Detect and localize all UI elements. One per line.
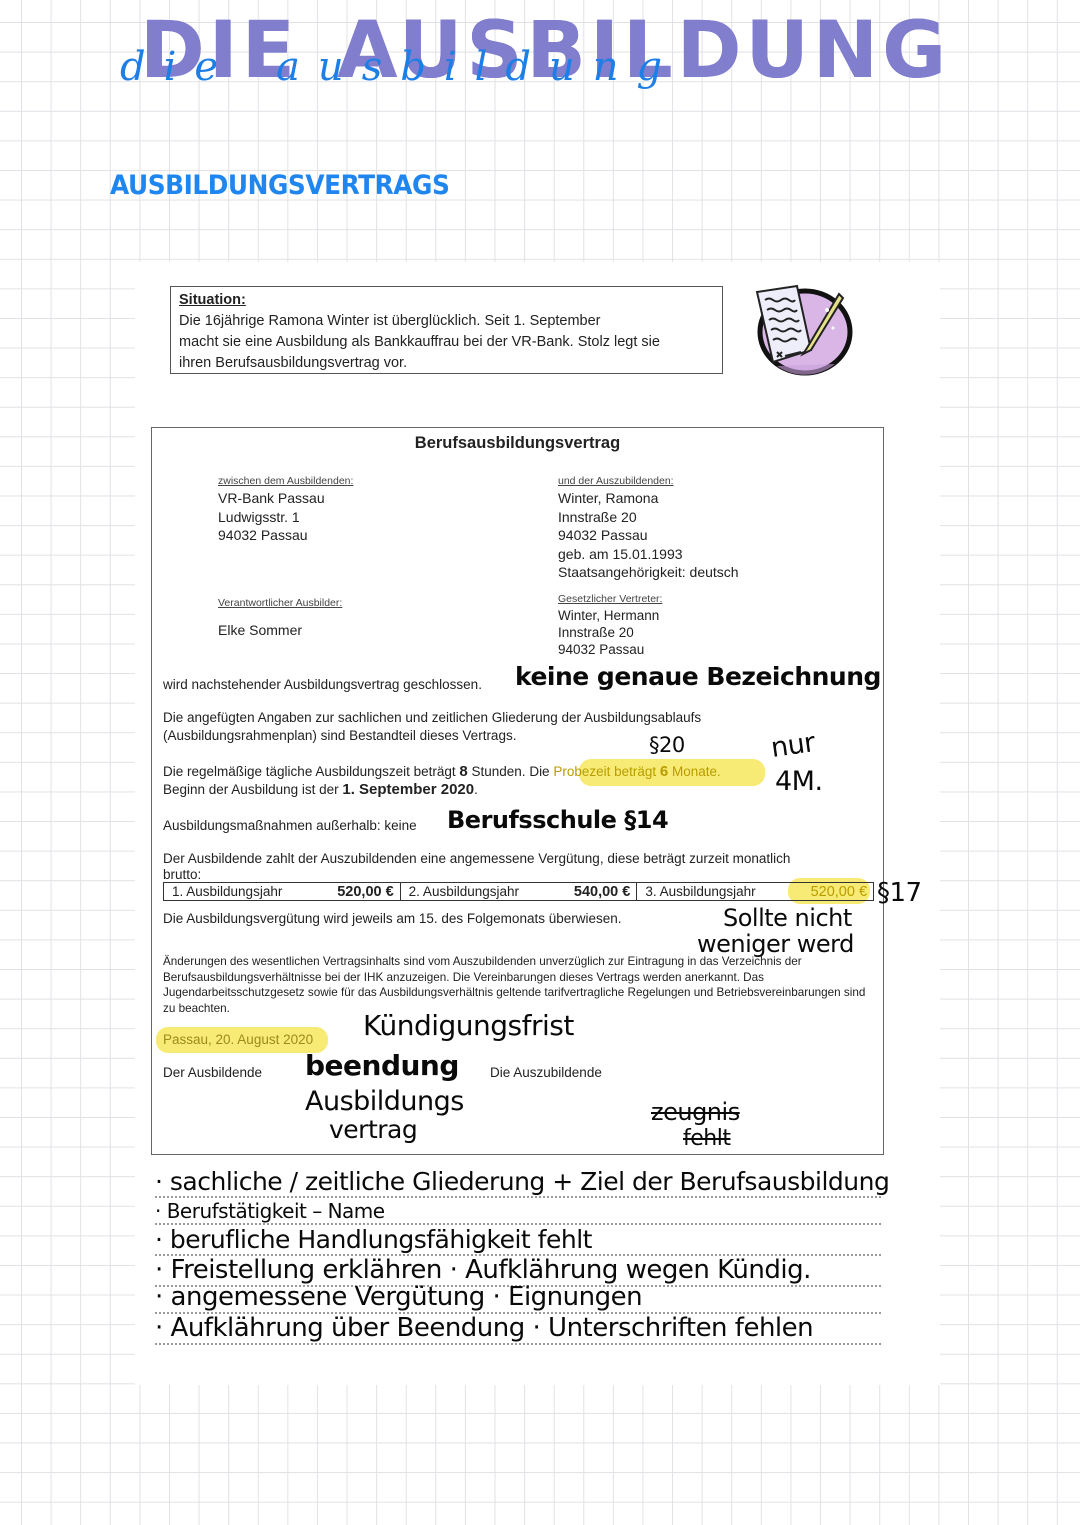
place-date: Passau, 20. August 2020 xyxy=(163,1031,313,1049)
instructor-label: Verantwortlicher Ausbilder: xyxy=(218,596,342,611)
annotation-contract-word-2: vertrag xyxy=(329,1117,417,1142)
note-text: · berufliche Handlungsfähigkeit fehlt xyxy=(155,1227,592,1252)
pay-amount: 540,00 € xyxy=(574,884,630,900)
note-text: · angemessene Vergütung · Eignungen xyxy=(155,1284,642,1310)
annotation-certificate-struck: zeugnis xyxy=(651,1100,740,1124)
pasted-worksheet: Situation: Die 16jährige Ramona Winter i… xyxy=(135,262,940,1385)
note-item: · berufliche Handlungsfähigkeit fehlt xyxy=(155,1225,881,1256)
note-text: · Freistellung erklähren · Aufklährung w… xyxy=(155,1257,811,1283)
pay-year: 3. Ausbildungsjahr xyxy=(645,884,755,899)
situation-line: ihren Berufsausbildungsvertrag vor. xyxy=(179,353,714,374)
annotation-no-exact-name: keine genaue Bezeichnung xyxy=(515,664,881,689)
guardian-label: Gesetzlicher Vertreter: xyxy=(558,592,662,607)
note-item: · Aufklährung über Beendung · Unterschri… xyxy=(155,1314,881,1345)
pay-intro-line: Der Ausbildende zahlt der Auszubildenden… xyxy=(163,850,790,868)
instructor-party: Verantwortlicher Ausbilder: Elke Sommer xyxy=(218,596,342,640)
concluded-line: wird nachstehender Ausbildungsvertrag ge… xyxy=(163,676,482,694)
note-item: · angemessene Vergütung · Eignungen xyxy=(155,1287,881,1314)
trainer-street: Ludwigsstr. 1 xyxy=(218,508,353,527)
pay-year: 1. Ausbildungsjahr xyxy=(172,884,282,899)
trainee-name: Winter, Ramona xyxy=(558,489,739,508)
note-text: · Aufklährung über Beendung · Unterschri… xyxy=(155,1315,813,1341)
changes-paragraph: Änderungen des wesentlichen Vertragsinha… xyxy=(163,954,873,1016)
trainee-city: 94032 Passau xyxy=(558,526,739,545)
trainer-city: 94032 Passau xyxy=(218,526,353,545)
annotation-missing-struck: fehlt xyxy=(683,1128,730,1150)
note-text: · Berufstätigkeit – Name xyxy=(155,1201,385,1221)
trainer-party: zwischen dem Ausbildenden: VR-Bank Passa… xyxy=(218,474,353,545)
situation-line: Die 16jährige Ramona Winter ist überglüc… xyxy=(179,311,714,332)
annotation-para20: §20 xyxy=(649,735,685,756)
start-date: 1. September 2020 xyxy=(342,781,474,798)
hours-suffix: Stunden. Die xyxy=(468,764,554,779)
trainer-label: zwischen dem Ausbildenden: xyxy=(218,474,353,489)
hours-prefix: Die regelmäßige tägliche Ausbildungszeit… xyxy=(163,764,459,779)
annotation-only-2: 4M. xyxy=(775,768,823,795)
guardian-city: 94032 Passau xyxy=(558,641,662,658)
contract-quill-icon xyxy=(747,280,859,378)
annotation-vocational-school: Berufsschule §14 xyxy=(447,808,668,832)
contract-title: Berufsausbildungsvertrag xyxy=(152,434,883,453)
page-header: DIEAUSBILDUNG dieausbildung xyxy=(140,8,900,103)
probation-suffix: Monate. xyxy=(668,764,721,779)
sign-trainer-label: Der Ausbildende xyxy=(163,1064,262,1082)
hours-value: 8 xyxy=(459,763,467,780)
section-heading: AUSBILDUNGSVERTRAGS xyxy=(110,170,449,201)
probation-value: 6 xyxy=(660,763,668,780)
pay-cell: 3. Ausbildungsjahr 520,00 € xyxy=(637,883,873,900)
note-text: · sachliche / zeitliche Gliederung + Zie… xyxy=(155,1169,889,1194)
trainer-name: VR-Bank Passau xyxy=(218,489,353,508)
trainee-birthdate: geb. am 15.01.1993 xyxy=(558,545,739,564)
start-prefix: Beginn der Ausbildung ist der xyxy=(163,782,342,797)
instructor-name: Elke Sommer xyxy=(218,621,342,640)
guardian-street: Innstraße 20 xyxy=(558,624,662,641)
external-measures-line: Ausbildungsmaßnahmen außerhalb: keine xyxy=(163,817,417,835)
script-word-ausbildung: ausbildung xyxy=(276,44,680,90)
pay-cell: 2. Ausbildungsjahr 540,00 € xyxy=(401,883,638,900)
pay-amount: 520,00 € xyxy=(337,884,393,900)
framework-line: (Ausbildungsrahmenplan) sind Bestandteil… xyxy=(163,727,516,745)
trainee-nationality: Staatsangehörigkeit: deutsch xyxy=(558,563,739,582)
situation-heading: Situation: xyxy=(179,290,714,311)
start-suffix: . xyxy=(474,782,478,797)
handwritten-notes: · sachliche / zeitliche Gliederung + Zie… xyxy=(155,1167,885,1345)
pay-cell: 1. Ausbildungsjahr 520,00 € xyxy=(164,883,401,900)
pay-amount: 520,00 € xyxy=(811,884,867,900)
framework-line: Die angefügten Angaben zur sachlichen un… xyxy=(163,709,701,727)
guardian-name: Winter, Hermann xyxy=(558,607,662,624)
script-word-die: die xyxy=(120,44,236,90)
annotation-notice-period: Kündigungsfrist xyxy=(363,1012,574,1040)
note-item: · sachliche / zeitliche Gliederung + Zie… xyxy=(155,1167,881,1198)
trainee-label: und der Auszubildenden: xyxy=(558,474,739,489)
annotation-contract-word-1: Ausbildungs xyxy=(305,1088,464,1115)
pay-table: 1. Ausbildungsjahr 520,00 € 2. Ausbildun… xyxy=(163,882,874,901)
sign-trainee-label: Die Auszubildende xyxy=(490,1064,602,1082)
trainee-street: Innstraße 20 xyxy=(558,508,739,527)
situation-line: macht sie eine Ausbildung als Bankkauffr… xyxy=(179,332,714,353)
situation-box: Situation: Die 16jährige Ramona Winter i… xyxy=(170,286,723,374)
annotation-should-not-1: Sollte nicht xyxy=(723,906,852,930)
note-item: · Berufstätigkeit – Name xyxy=(155,1198,881,1225)
annotation-only-1: nur xyxy=(769,729,816,762)
pay-date-line: Die Ausbildungsvergütung wird jeweils am… xyxy=(163,910,622,928)
hours-line: Die regelmäßige tägliche Ausbildungszeit… xyxy=(163,763,721,781)
annotation-should-not-2: weniger werd xyxy=(697,932,854,956)
pay-year: 2. Ausbildungsjahr xyxy=(409,884,519,899)
trainee-party: und der Auszubildenden: Winter, Ramona I… xyxy=(558,474,739,582)
probation-text: Probezeit beträgt 6 Monate. xyxy=(553,764,720,779)
annotation-para17: §17 xyxy=(877,880,922,906)
guardian-party: Gesetzlicher Vertreter: Winter, Hermann … xyxy=(558,592,662,658)
start-line: Beginn der Ausbildung ist der 1. Septemb… xyxy=(163,781,478,799)
annotation-termination: beendung xyxy=(305,1052,459,1080)
probation-prefix: Probezeit beträgt xyxy=(553,764,660,779)
title-script-overlay: dieausbildung xyxy=(120,44,680,90)
